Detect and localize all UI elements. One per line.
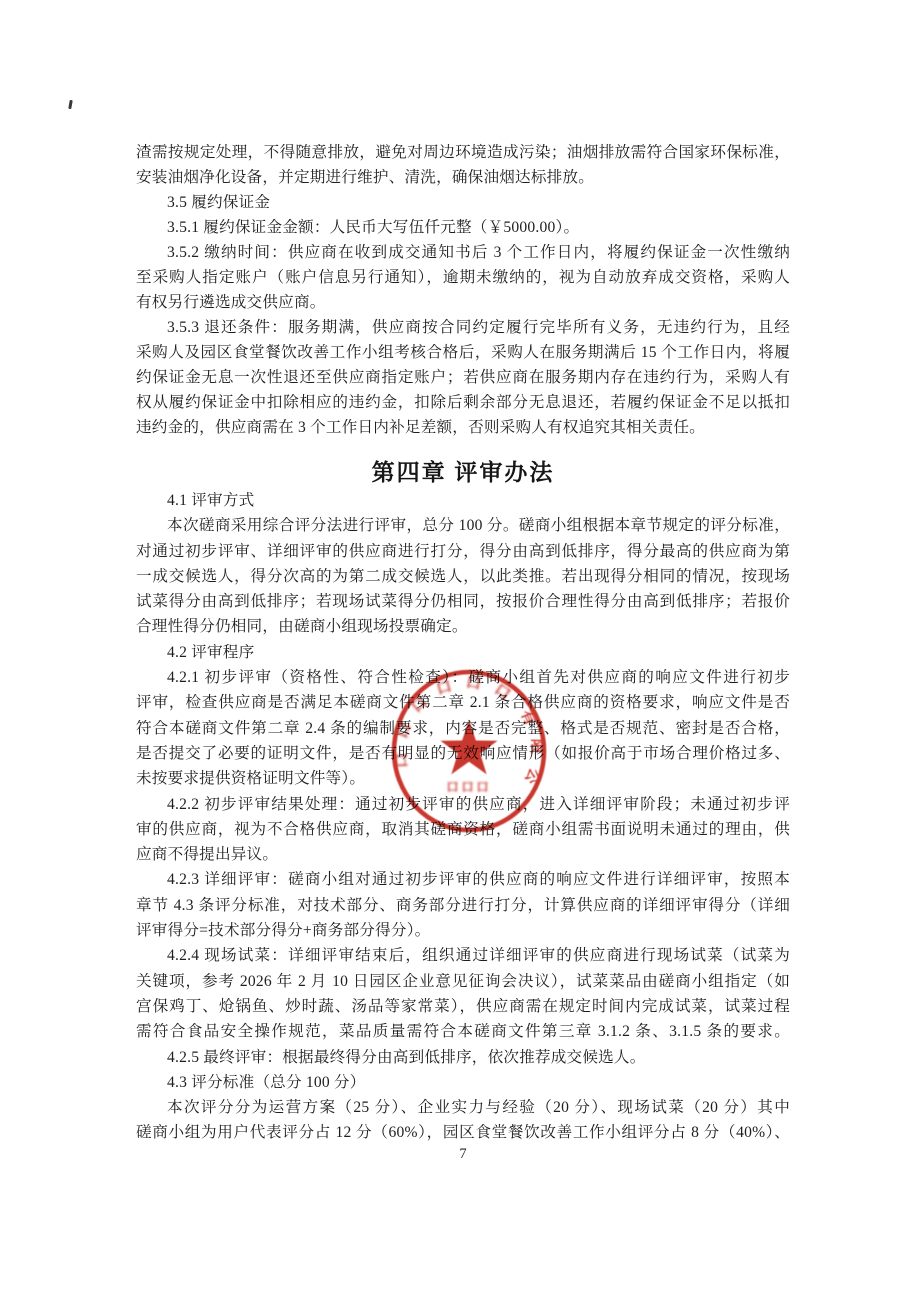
text-line: 一成交候选人，得分次高的为第二成交候选人，以此类推。若出现得分相同的情况，按现场 xyxy=(136,564,790,589)
text-line: 3.5.1 履约保证金金额：人民币大写伍仟元整（￥5000.00）。 xyxy=(136,215,790,240)
text-line: 磋商小组为用户代表评分占 12 分（60%），园区食堂餐饮改善工作小组评分占 8… xyxy=(136,1120,790,1145)
text-line: 权从履约保证金中扣除相应的违约金，扣除后剩余部分无息退还，若履约保证金不足以抵扣 xyxy=(136,390,790,415)
text-line: 关键项，参考 2026 年 2 月 10 日园区企业意见征询会决议），试菜菜品由… xyxy=(136,969,790,994)
text-line: 合理性得分仍相同，由磋商小组现场投票确定。 xyxy=(136,614,790,639)
text-line: 本次磋商采用综合评分法进行评审，总分 100 分。磋商小组根据本章节规定的评分标… xyxy=(136,513,790,538)
text-line: 渣需按规定处理，不得随意排放，避免对周边环境造成污染；油烟排放需符合国家环保标准… xyxy=(136,140,790,165)
page-number: 7 xyxy=(136,1146,790,1163)
text-line: 4.1 评审方式 xyxy=(136,488,790,513)
text-line: 试菜得分由高到低排序；若现场试菜得分仍相同，按报价合理性得分由高到低排序；若报价 xyxy=(136,589,790,614)
text-line: 章节 4.3 条评分标准，对技术部分、商务部分进行打分，计算供应商的详细评审得分… xyxy=(136,893,790,918)
text-line: 4.2.5 最终评审：根据最终得分由高到低排序，依次推荐成交候选人。 xyxy=(136,1045,790,1070)
text-line: 有权另行遴选成交供应商。 xyxy=(136,290,790,315)
text-line: 至采购人指定账户（账户信息另行通知），逾期未缴纳的，视为自动放弃成交资格，采购人 xyxy=(136,265,790,290)
text-line: 3.5.3 退还条件：服务期满，供应商按合同约定履行完毕所有义务，无违约行为，且… xyxy=(136,315,790,340)
text-line: 应商不得提出异议。 xyxy=(136,842,790,867)
document-page: 渣需按规定处理，不得随意排放，避免对周边环境造成污染；油烟排放需符合国家环保标准… xyxy=(0,0,920,1301)
seal-star-icon xyxy=(441,720,498,774)
text-line: 本次评分分为运营方案（25 分）、企业实力与经验（20 分）、现场试菜（20 分… xyxy=(136,1095,790,1120)
text-line: 评审得分=技术部分得分+商务部分得分）。 xyxy=(136,918,790,943)
text-line: 3.5.2 缴纳时间：供应商在收到成交通知书后 3 个工作日内，将履约保证金一次… xyxy=(136,240,790,265)
text-line: 采购人及园区食堂餐饮改善工作小组考核合格后，采购人在服务期满后 15 个工作日内… xyxy=(136,340,790,365)
text-line: 对通过初步评审、详细评审的供应商进行打分，得分由高到低排序，得分最高的供应商为第 xyxy=(136,539,790,564)
text-line: 约保证金无息一次性退还至供应商指定账户；若供应商在服务期内存在违约行为，采购人有 xyxy=(136,365,790,390)
text-line: 宫保鸡丁、炝锅鱼、炒时蔬、汤品等家常菜），供应商需在规定时间内完成试菜，试菜过程 xyxy=(136,994,790,1019)
text-line: 4.3 评分标准（总分 100 分） xyxy=(136,1070,790,1095)
text-line: 需符合食品安全操作规范，菜品质量需符合本磋商文件第三章 3.1.2 条、3.1.… xyxy=(136,1019,790,1044)
text-line: 4.2.3 详细评审：磋商小组对通过初步评审的供应商的响应文件进行详细评审，按照… xyxy=(136,867,790,892)
text-line: 安装油烟净化设备，并定期进行维护、清洗，确保油烟达标排放。 xyxy=(136,165,790,190)
red-company-seal: 口口口口口口 有限公司 口口口 xyxy=(391,669,547,833)
text-line: 4.2 评审程序 xyxy=(136,640,790,665)
body-text-before-heading: 渣需按规定处理，不得随意排放，避免对周边环境造成污染；油烟排放需符合国家环保标准… xyxy=(136,140,790,440)
scan-ink-speck xyxy=(68,100,73,109)
text-line: 3.5 履约保证金 xyxy=(136,190,790,215)
text-line: 违约金的，供应商需在 3 个工作日内补足差额，否则采购人有权追究其相关责任。 xyxy=(136,415,790,440)
seal-inner-text-illegible: 口口口 xyxy=(446,780,491,794)
chapter-heading: 第四章 评审办法 xyxy=(136,458,790,488)
text-line: 4.2.4 现场试菜：详细评审结束后，组织通过详细评审的供应商进行现场试菜（试菜… xyxy=(136,943,790,968)
